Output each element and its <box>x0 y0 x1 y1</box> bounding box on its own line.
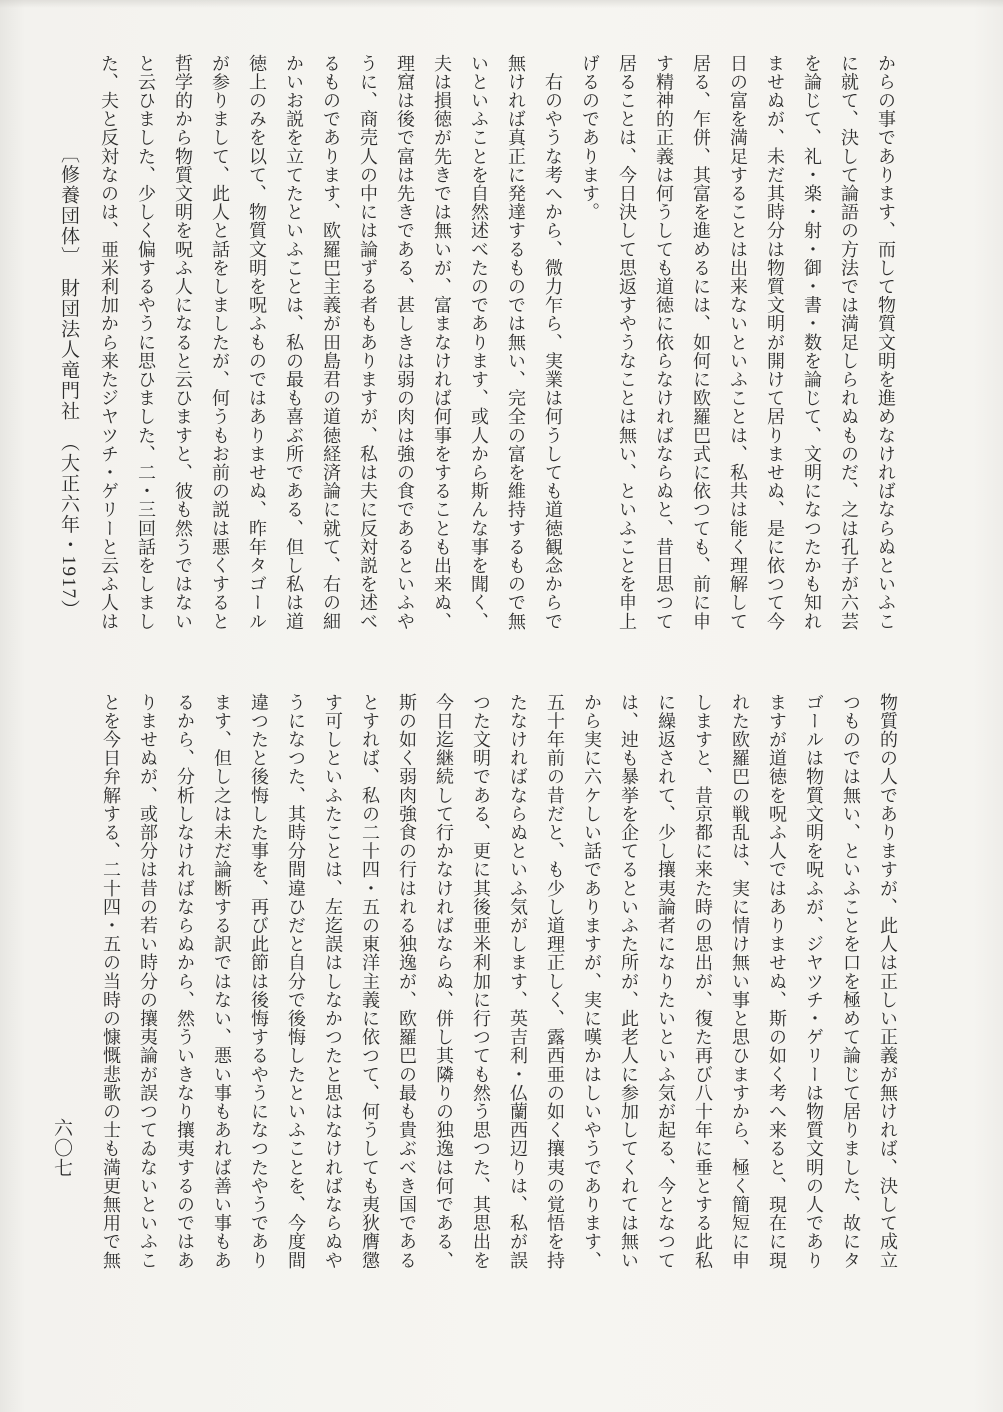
text-column: たなければならぬといふ気がします、英吉利・仏蘭西辺りは、私が誤 <box>499 693 536 1305</box>
scan-edge-shading <box>0 0 1003 8</box>
text-column: た、夫と反対なのは、亜米利加から来たジヤツチ・ゲリーと云ふ人は <box>90 54 127 666</box>
text-column: 理窟は後で富は先きである、甚しきは弱の肉は強の食であるといふや <box>386 54 423 666</box>
text-column: は、迚も暴挙を企てるといふた所が、此老人に参加してくれては無い <box>610 693 647 1305</box>
text-column: 物質的の人でありますが、此人は正しい正義が無ければ、決して成立 <box>869 693 906 1305</box>
text-column: 今日迄継続して行かなければならぬ、併し其隣りの独逸は何である、 <box>425 693 462 1305</box>
text-column: とを今日弁解する、二十四・五の当時の慷慨悲歌の士も満更無用で無 <box>92 693 129 1305</box>
text-column: 哲学的から物質文明を呪ふ人になると云ひますと、彼も然うではない <box>164 54 201 666</box>
text-column: るものであります、欧羅巴主義が田島君の道徳経済論に就て、右の細 <box>312 54 349 666</box>
text-column: いといふことを自然述べたのであります、或人から斯んな事を聞く、 <box>460 54 497 666</box>
text-column: ます、但し之は未だ論断する訳ではない、悪い事もあれば善い事もあ <box>203 693 240 1305</box>
text-column: 五十年前の昔だと、も少し道理正しく、露西亜の如く攘夷の覚悟を持 <box>536 693 573 1305</box>
text-column: うに、商売人の中には論ずる者もありますが、私は夫に反対説を述べ <box>349 54 386 666</box>
text-column: が参りまして、此人と話をしましたが、何うもお前の説は悪くすると <box>201 54 238 666</box>
text-column: 斯の如く弱肉強食の行はれる独逸が、欧羅巴の最も貴ぶべき国である <box>388 693 425 1305</box>
text-column: 違つたと後悔した事を、再び此節は後悔するやうになつたやうであり <box>240 693 277 1305</box>
text-column: を論じて、礼・楽・射・御・書・数を論じて、文明になつたかも知れ <box>793 54 830 666</box>
text-column: す精神的正義は何うしても道徳に依らなければならぬと、昔日思つて <box>645 54 682 666</box>
top-text-block: からの事であります、而して物質文明を進めなければならぬといふこに就て、決して論語… <box>90 54 904 666</box>
document-page: からの事であります、而して物質文明を進めなければならぬといふこに就て、決して論語… <box>0 0 1003 1412</box>
text-column: ませぬが、未だ其時分は物質文明が開けて居りませぬ、是に依つて今 <box>756 54 793 666</box>
text-column: 居ることは、今日決して思返すやうなことは無い、といふことを申上 <box>608 54 645 666</box>
text-column: れた欧羅巴の戦乱は、実に情け無い事と思ひますから、極く簡短に申 <box>721 693 758 1305</box>
text-column: かいお説を立てたといふことは、私の最も喜ぶ所である、但し私は道 <box>275 54 312 666</box>
text-column: 夫は損徳が先きでは無いが、富まなければ何事をすることも出来ぬ、 <box>423 54 460 666</box>
text-column: つた文明である、更に其後亜米利加に行つても然う思つた、其思出を <box>462 693 499 1305</box>
text-column: からの事であります、而して物質文明を進めなければならぬといふこ <box>867 54 904 666</box>
text-column: 徳上のみを以て、物質文明を呪ふものではありませぬ、昨年タゴール <box>238 54 275 666</box>
text-column: に繰返されて、少し攘夷論者になりたいといふ気が起る、今となつて <box>647 693 684 1305</box>
page-number: 六〇七 <box>49 1118 73 1178</box>
text-column: 日の富を満足することは出来ないといふことは、私共は能く理解して <box>719 54 756 666</box>
text-column: とすれば、私の二十四・五の東洋主義に依つて、何うしても夷狄膺懲 <box>351 693 388 1305</box>
text-column: 無ければ真正に発達するものでは無い、完全の富を維持するもので無 <box>497 54 534 666</box>
section-source-heading: 〔修養団体〕 財団法人竜門社 （大正六年・1917） <box>54 144 82 620</box>
text-column: しますと、昔京都に来た時の思出が、復た再び八十年に垂とする此私 <box>684 693 721 1305</box>
text-column: つものでは無い、といふことを口を極めて論じて居りました、故にタ <box>832 693 869 1305</box>
text-column: ますが道徳を呪ふ人ではありませぬ、斯の如く考へ来ると、現在に現 <box>758 693 795 1305</box>
text-column: 居る、乍併、其富を進めるには、如何に欧羅巴式に依つても、前に申 <box>682 54 719 666</box>
text-column: げるのであります。 <box>571 54 608 666</box>
text-column: うになつた、其時分間違ひだと自分で後悔したといふことを、今度間 <box>277 693 314 1305</box>
text-column: に就て、決して論語の方法では満足しられぬものだ、之は孔子が六芸 <box>830 54 867 666</box>
text-column: す可しといふたことは、左迄誤はしなかつたと思はなければならぬや <box>314 693 351 1305</box>
text-column: と云ひました、少しく偏するやうに思ひました、二・三回話をしまし <box>127 54 164 666</box>
text-column: りませぬが、或部分は昔の若い時分の攘夷論が誤つてゐないといふこ <box>129 693 166 1305</box>
bottom-text-block: 物質的の人でありますが、此人は正しい正義が無ければ、決して成立つものでは無い、と… <box>92 693 906 1305</box>
text-column: 右のやうな考へから、微力乍ら、実業は何うしても道徳観念からで <box>534 54 571 666</box>
text-column: から実に六ケしい話でありますが、実に嘆かはしいやうであります、 <box>573 693 610 1305</box>
text-column: るから、分析しなければならぬから、然ういきなり攘夷するのではあ <box>166 693 203 1305</box>
text-column: ゴールは物質文明を呪ふが、ジヤツチ・ゲリーは物質文明の人であり <box>795 693 832 1305</box>
